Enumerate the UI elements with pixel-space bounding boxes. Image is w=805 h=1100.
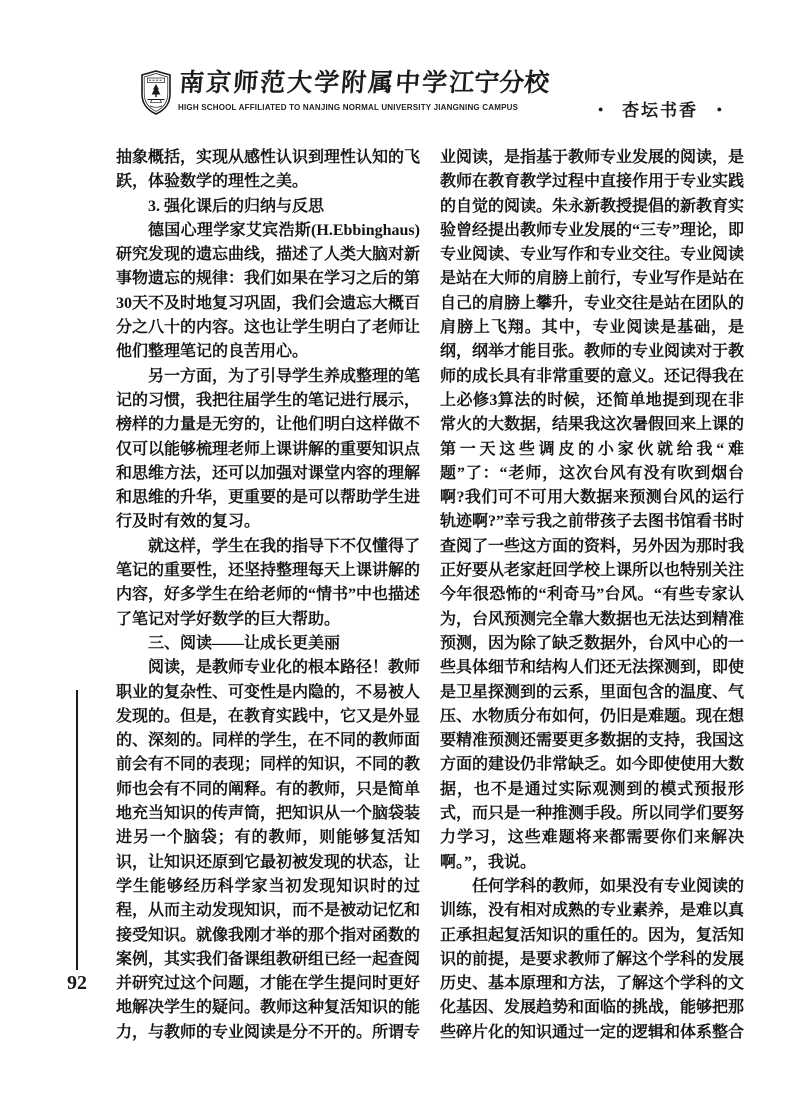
section-label: ● 杏坛书香 ●	[598, 96, 722, 121]
margin-rule	[76, 690, 78, 970]
bullet-icon: ●	[598, 104, 603, 114]
article-body: 抽象概括，实现从感性认识到理性认知的飞跃，体验数学的理性之美。3. 强化课后的归…	[116, 146, 744, 1045]
left-column: 抽象概括，实现从感性认识到理性认知的飞跃，体验数学的理性之美。3. 强化课后的归…	[116, 146, 420, 1045]
school-name-campus: 江宁分校	[448, 70, 550, 97]
page-number: 92	[57, 972, 97, 995]
school-name-english: HIGH SCHOOL AFFILIATED TO NANJING NORMAL…	[178, 103, 508, 112]
bullet-icon: ●	[717, 104, 722, 114]
body-paragraph: 就这样，学生在我的指导下不仅懂得了笔记的重要性，还坚持整理每天上课讲解的内容，好…	[116, 535, 420, 632]
body-paragraph: 业阅读，是指基于教师专业发展的阅读，是教师在教育教学过程中直接作用于专业实践的自…	[440, 146, 744, 875]
right-column: 业阅读，是指基于教师专业发展的阅读，是教师在教育教学过程中直接作用于专业实践的自…	[440, 146, 744, 1045]
section-label-text: 杏坛书香	[622, 96, 698, 121]
body-paragraph: 阅读，是教师专业化的根本路径！教师职业的复杂性、可变性是内隐的，不易被人发现的。…	[116, 656, 420, 1045]
school-name-main: 南京师范大学附属中学	[178, 70, 450, 97]
section-heading: 三、阅读——让成长更美丽	[116, 632, 420, 656]
section-heading: 3. 强化课后的归纳与反思	[116, 195, 420, 219]
school-name: 南京师范大学附属中学江宁分校	[178, 68, 510, 100]
body-paragraph: 任何学科的教师，如果没有专业阅读的训练，没有相对成熟的专业素养，是难以真正承担起…	[440, 875, 744, 1045]
school-crest-icon	[140, 70, 172, 116]
masthead: 南京师范大学附属中学江宁分校 HIGH SCHOOL AFFILIATED TO…	[178, 68, 508, 112]
body-paragraph: 抽象概括，实现从感性认识到理性认知的飞跃，体验数学的理性之美。	[116, 146, 420, 195]
body-paragraph: 另一方面，为了引导学生养成整理的笔记的习惯，我把往届学生的笔记进行展示，榜样的力…	[116, 365, 420, 535]
body-paragraph: 德国心理学家艾宾浩斯(H.Ebbinghaus)研究发现的遗忘曲线，描述了人类大…	[116, 219, 420, 365]
